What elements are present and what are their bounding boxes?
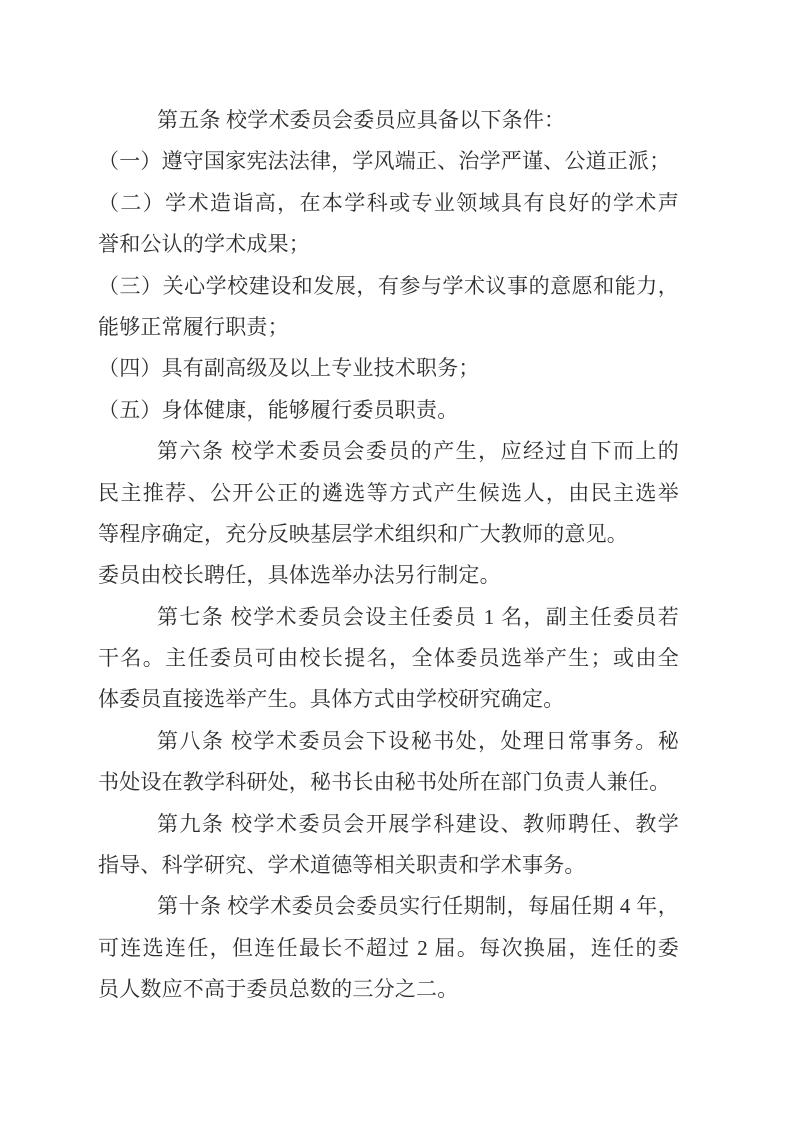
paragraph: （五）身体健康，能够履行委员职责。 — [98, 390, 679, 431]
paragraph: 第五条 校学术委员会委员应具备以下条件： — [98, 100, 679, 141]
paragraph: 第九条 校学术委员会开展学科建设、教师聘任、教学指导、科学研究、学术道德等相关职… — [98, 804, 679, 887]
article-5: 第五条 校学术委员会委员应具备以下条件：（一）遵守国家宪法法律，学风端正、治学严… — [98, 100, 679, 431]
article-8: 第八条 校学术委员会下设秘书处，处理日常事务。秘书处设在教学科研处，秘书长由秘书… — [98, 721, 679, 804]
paragraph: （四）具有副高级及以上专业技术职务； — [98, 348, 679, 389]
document-body: 第五条 校学术委员会委员应具备以下条件：（一）遵守国家宪法法律，学风端正、治学严… — [98, 100, 679, 1011]
text-line: 等程序确定，充分反映基层学术组织和广大教师的意见。 — [98, 514, 679, 555]
text-line: 第九条 校学术委员会开展学科建设、教师聘任、教学 — [98, 804, 679, 845]
article-6: 第六条 校学术委员会委员的产生，应经过自下而上的民主推荐、公开公正的遴选等方式产… — [98, 431, 679, 597]
paragraph: 第七条 校学术委员会设主任委员 1 名，副主任委员若干名。主任委员可由校长提名，… — [98, 597, 679, 721]
text-line: 指导、科学研究、学术道德等相关职责和学术事务。 — [98, 845, 679, 886]
text-line: （三）关心学校建设和发展，有参与学术议事的意愿和能力， — [98, 266, 679, 307]
paragraph: （二）学术造诣高，在本学科或专业领域具有良好的学术声誉和公认的学术成果； — [98, 183, 679, 266]
text-line: 体委员直接选举产生。具体方式由学校研究确定。 — [98, 679, 679, 720]
text-line: 誉和公认的学术成果； — [98, 224, 679, 265]
text-line: 第八条 校学术委员会下设秘书处，处理日常事务。秘 — [98, 721, 679, 762]
paragraph: 第十条 校学术委员会委员实行任期制，每届任期 4 年，可连选连任，但连任最长不超… — [98, 886, 679, 1010]
article-7: 第七条 校学术委员会设主任委员 1 名，副主任委员若干名。主任委员可由校长提名，… — [98, 597, 679, 721]
text-line: 干名。主任委员可由校长提名，全体委员选举产生；或由全 — [98, 638, 679, 679]
article-9: 第九条 校学术委员会开展学科建设、教师聘任、教学指导、科学研究、学术道德等相关职… — [98, 804, 679, 887]
text-line: 书处设在教学科研处，秘书长由秘书处所在部门负责人兼任。 — [98, 762, 679, 803]
document-page: 第五条 校学术委员会委员应具备以下条件：（一）遵守国家宪法法律，学风端正、治学严… — [0, 0, 793, 1122]
text-line: 第十条 校学术委员会委员实行任期制，每届任期 4 年， — [98, 886, 679, 927]
paragraph: 第八条 校学术委员会下设秘书处，处理日常事务。秘书处设在教学科研处，秘书长由秘书… — [98, 721, 679, 804]
text-line: 委员由校长聘任，具体选举办法另行制定。 — [98, 555, 679, 596]
article-10: 第十条 校学术委员会委员实行任期制，每届任期 4 年，可连选连任，但连任最长不超… — [98, 886, 679, 1010]
text-line: 员人数应不高于委员总数的三分之二。 — [98, 969, 679, 1010]
text-line: （一）遵守国家宪法法律，学风端正、治学严谨、公道正派； — [98, 141, 679, 182]
text-line: 能够正常履行职责； — [98, 307, 679, 348]
text-line: （五）身体健康，能够履行委员职责。 — [98, 390, 679, 431]
text-line: （二）学术造诣高，在本学科或专业领域具有良好的学术声 — [98, 183, 679, 224]
text-line: 第五条 校学术委员会委员应具备以下条件： — [98, 100, 679, 141]
text-line: （四）具有副高级及以上专业技术职务； — [98, 348, 679, 389]
text-line: 民主推荐、公开公正的遴选等方式产生候选人，由民主选举 — [98, 473, 679, 514]
text-line: 可连选连任，但连任最长不超过 2 届。每次换届，连任的委 — [98, 928, 679, 969]
text-line: 第六条 校学术委员会委员的产生，应经过自下而上的 — [98, 431, 679, 472]
paragraph: （一）遵守国家宪法法律，学风端正、治学严谨、公道正派； — [98, 141, 679, 182]
paragraph: （三）关心学校建设和发展，有参与学术议事的意愿和能力，能够正常履行职责； — [98, 266, 679, 349]
text-line: 第七条 校学术委员会设主任委员 1 名，副主任委员若 — [98, 597, 679, 638]
paragraph: 第六条 校学术委员会委员的产生，应经过自下而上的民主推荐、公开公正的遴选等方式产… — [98, 431, 679, 597]
